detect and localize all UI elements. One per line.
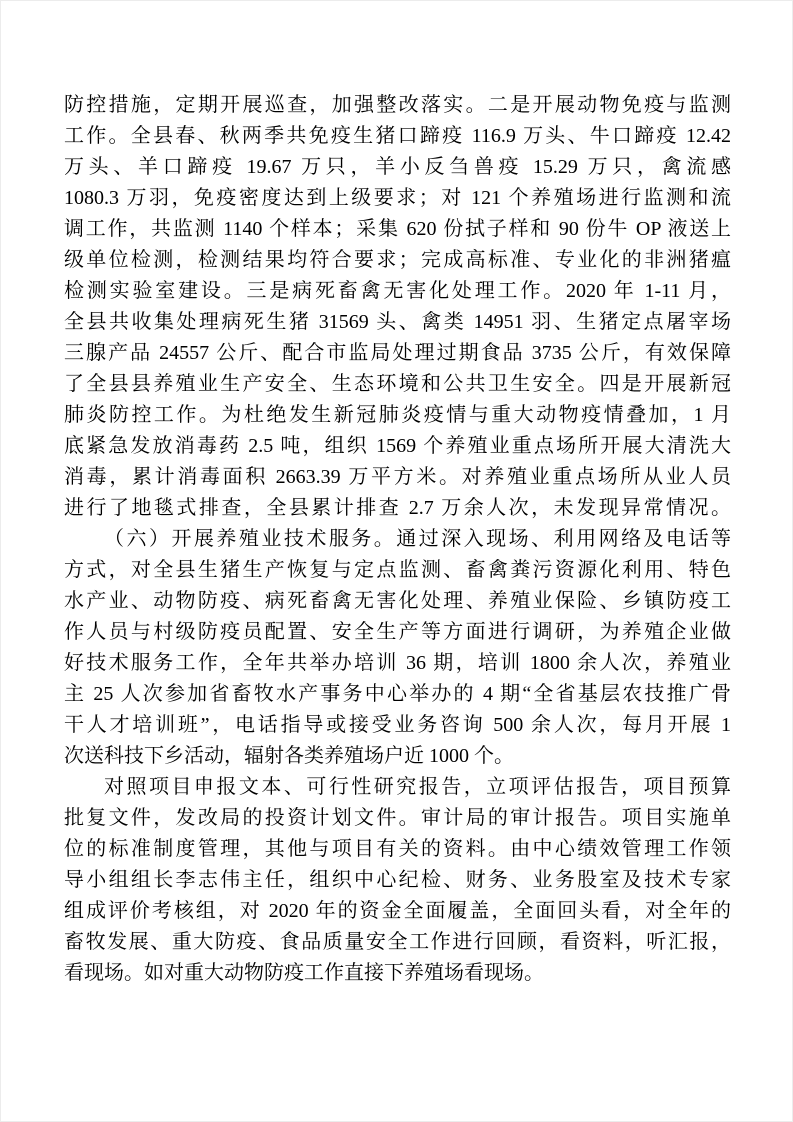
text-line: 对照项目申报文本、可行性研究报告，立项评估报告，项目预算 (64, 772, 731, 803)
paragraph-project-review: 对照项目申报文本、可行性研究报告，立项评估报告，项目预算批复文件，发改局的投资计… (64, 772, 731, 989)
text-line: 干人才培训班”，电话指导或接受业务咨询 500 余人次，每月开展 1 (64, 710, 731, 741)
text-line: 次送科技下乡活动，辐射各类养殖场户近 1000 个。 (64, 741, 731, 772)
document-text: 防控措施，定期开展巡查，加强整改落实。二是开展动物免疫与监测工作。全县春、秋两季… (64, 90, 731, 989)
text-line: 底紧急发放消毒药 2.5 吨，组织 1569 个养殖业重点场所开展大清洗大 (64, 431, 731, 462)
text-line: 看现场。如对重大动物防疫工作直接下养殖场看现场。 (64, 958, 731, 989)
text-line: 进行了地毯式排查，全县累计排查 2.7 万余人次，未发现异常情况。 (64, 493, 731, 524)
text-line: 检测实验室建设。三是病死畜禽无害化处理工作。2020 年 1-11 月， (64, 276, 731, 307)
text-line: 万头、羊口蹄疫 19.67 万只，羊小反刍兽疫 15.29 万只，禽流感 (64, 152, 731, 183)
text-line: 消毒，累计消毒面积 2663.39 万平方米。对养殖业重点场所从业人员 (64, 462, 731, 493)
text-line: 导小组组长李志伟主任，组织中心纪检、财务、业务股室及技术专家 (64, 865, 731, 896)
text-line: 全县共收集处理病死生猪 31569 头、禽类 14951 羽、生猪定点屠宰场 (64, 307, 731, 338)
text-line: 主 25 人次参加省畜牧水产事务中心举办的 4 期“全省基层农技推广骨 (64, 679, 731, 710)
text-line: 组成评价考核组，对 2020 年的资金全面履盖，全面回头看，对全年的 (64, 896, 731, 927)
text-line: 好技术服务工作，全年共举办培训 36 期，培训 1800 余人次，养殖业 (64, 648, 731, 679)
text-line: 批复文件，发改局的投资计划文件。审计局的审计报告。项目实施单 (64, 803, 731, 834)
text-line: 方式，对全县生猪生产恢复与定点监测、畜禽粪污资源化利用、特色 (64, 555, 731, 586)
text-line: 防控措施，定期开展巡查，加强整改落实。二是开展动物免疫与监测 (64, 90, 731, 121)
document-page: 防控措施，定期开展巡查，加强整改落实。二是开展动物免疫与监测工作。全县春、秋两季… (0, 0, 793, 1122)
paragraph-disease-prevention: 防控措施，定期开展巡查，加强整改落实。二是开展动物免疫与监测工作。全县春、秋两季… (64, 90, 731, 524)
text-line: 水产业、动物防疫、病死畜禽无害化处理、养殖业保险、乡镇防疫工 (64, 586, 731, 617)
text-line: 1080.3 万羽，免疫密度达到上级要求；对 121 个养殖场进行监测和流 (64, 183, 731, 214)
text-line: 肺炎防控工作。为杜绝发生新冠肺炎疫情与重大动物疫情叠加，1 月 (64, 400, 731, 431)
paragraph-six-technical-services: （六）开展养殖业技术服务。通过深入现场、利用网络及电话等方式，对全县生猪生产恢复… (64, 524, 731, 772)
text-line: 畜牧发展、重大防疫、食品质量安全工作进行回顾，看资料，听汇报， (64, 927, 731, 958)
text-line: 了全县县养殖业生产安全、生态环境和公共卫生安全。四是开展新冠 (64, 369, 731, 400)
text-line: 位的标准制度管理，其他与项目有关的资料。由中心绩效管理工作领 (64, 834, 731, 865)
text-line: 三腺产品 24557 公斤、配合市监局处理过期食品 3735 公斤，有效保障 (64, 338, 731, 369)
text-line: 级单位检测，检测结果均符合要求；完成高标准、专业化的非洲猪瘟 (64, 245, 731, 276)
text-line: （六）开展养殖业技术服务。通过深入现场、利用网络及电话等 (64, 524, 731, 555)
text-line: 作人员与村级防疫员配置、安全生产等方面进行调研，为养殖企业做 (64, 617, 731, 648)
text-line: 工作。全县春、秋两季共免疫生猪口蹄疫 116.9 万头、牛口蹄疫 12.42 (64, 121, 731, 152)
text-line: 调工作，共监测 1140 个样本；采集 620 份拭子样和 90 份牛 OP 液… (64, 214, 731, 245)
